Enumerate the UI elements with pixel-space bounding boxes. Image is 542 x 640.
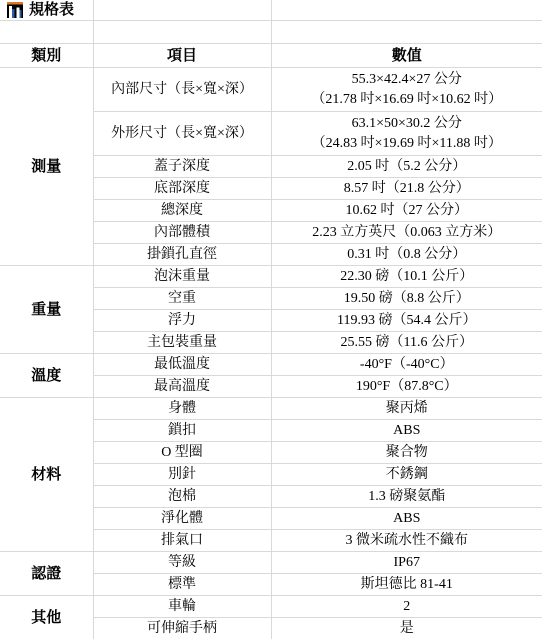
item-cell: 淨化體	[93, 508, 271, 530]
value-cell: 2	[271, 596, 542, 618]
value-cell: 3 微米疏水性不織布	[271, 530, 542, 552]
value-cell: 19.50 磅（8.8 公斤）	[271, 288, 542, 310]
item-cell: 蓋子深度	[93, 156, 271, 178]
value-cell: 55.3×42.4×27 公分 （21.78 吋×16.69 吋×10.62 吋…	[271, 68, 542, 112]
empty-cell	[93, 0, 271, 21]
header-item: 項目	[93, 44, 271, 68]
value-cell: 8.57 吋（21.8 公分）	[271, 178, 542, 200]
value-cell: 0.31 吋（0.8 公分）	[271, 244, 542, 266]
item-cell: 主包裝重量	[93, 332, 271, 354]
value-cell: 不銹鋼	[271, 464, 542, 486]
item-cell: 外形尺寸（長×寬×深）	[93, 112, 271, 156]
item-cell: 內部體積	[93, 222, 271, 244]
table-row: 重量 泡沫重量 22.30 磅（10.1 公斤）	[0, 266, 542, 288]
value-cell: -40°F（-40°C）	[271, 354, 542, 376]
empty-cell	[271, 0, 542, 21]
category-cell: 溫度	[0, 354, 93, 398]
category-cell: 其他	[0, 596, 93, 640]
item-cell: 泡沫重量	[93, 266, 271, 288]
table-row: 認證 等級 IP67	[0, 552, 542, 574]
item-cell: 底部深度	[93, 178, 271, 200]
header-category: 類別	[0, 44, 93, 68]
empty-cell	[0, 21, 93, 44]
item-cell: 鎖扣	[93, 420, 271, 442]
value-cell: 2.23 立方英尺（0.063 立方米）	[271, 222, 542, 244]
value-cell: 斯坦德比 81-41	[271, 574, 542, 596]
value-cell: 聚丙烯	[271, 398, 542, 420]
value-cell: 是	[271, 618, 542, 640]
header-value: 數值	[271, 44, 542, 68]
item-cell: 總深度	[93, 200, 271, 222]
value-cell: 10.62 吋（27 公分）	[271, 200, 542, 222]
spacer-row	[0, 21, 542, 44]
item-cell: 身體	[93, 398, 271, 420]
item-cell: 等級	[93, 552, 271, 574]
item-cell: 最低溫度	[93, 354, 271, 376]
item-cell: 浮力	[93, 310, 271, 332]
value-cell: 119.93 磅（54.4 公斤）	[271, 310, 542, 332]
spec-table: 規格表 類別 項目 數值 測量 內部尺寸（長×寬×深） 55.3×42.4×27…	[0, 0, 542, 639]
empty-cell	[93, 21, 271, 44]
table-row: 測量 內部尺寸（長×寬×深） 55.3×42.4×27 公分 （21.78 吋×…	[0, 68, 542, 112]
category-cell: 測量	[0, 68, 93, 266]
bar-chart-icon	[7, 2, 23, 18]
value-cell: 63.1×50×30.2 公分 （24.83 吋×19.69 吋×11.88 吋…	[271, 112, 542, 156]
table-row: 溫度 最低溫度 -40°F（-40°C）	[0, 354, 542, 376]
item-cell: 最高溫度	[93, 376, 271, 398]
item-cell: 別針	[93, 464, 271, 486]
value-cell: IP67	[271, 552, 542, 574]
value-cell: 25.55 磅（11.6 公斤）	[271, 332, 542, 354]
value-cell: ABS	[271, 508, 542, 530]
item-cell: O 型圈	[93, 442, 271, 464]
page-title: 規格表	[29, 0, 74, 20]
table-row: 材料 身體 聚丙烯	[0, 398, 542, 420]
item-cell: 可伸縮手柄	[93, 618, 271, 640]
empty-cell	[271, 21, 542, 44]
value-cell: 聚合物	[271, 442, 542, 464]
table-title-cell: 規格表	[0, 0, 93, 21]
item-cell: 標準	[93, 574, 271, 596]
value-cell: 22.30 磅（10.1 公斤）	[271, 266, 542, 288]
item-cell: 泡棉	[93, 486, 271, 508]
value-cell: 190°F（87.8°C）	[271, 376, 542, 398]
item-cell: 掛鎖孔直徑	[93, 244, 271, 266]
item-cell: 排氣口	[93, 530, 271, 552]
item-cell: 空重	[93, 288, 271, 310]
category-cell: 材料	[0, 398, 93, 552]
title-row: 規格表	[0, 0, 542, 21]
item-cell: 內部尺寸（長×寬×深）	[93, 68, 271, 112]
header-row: 類別 項目 數值	[0, 44, 542, 68]
category-cell: 認證	[0, 552, 93, 596]
category-cell: 重量	[0, 266, 93, 354]
table-row: 其他 車輪 2	[0, 596, 542, 618]
value-cell: 1.3 磅聚氨酯	[271, 486, 542, 508]
value-cell: ABS	[271, 420, 542, 442]
value-cell: 2.05 吋（5.2 公分）	[271, 156, 542, 178]
item-cell: 車輪	[93, 596, 271, 618]
